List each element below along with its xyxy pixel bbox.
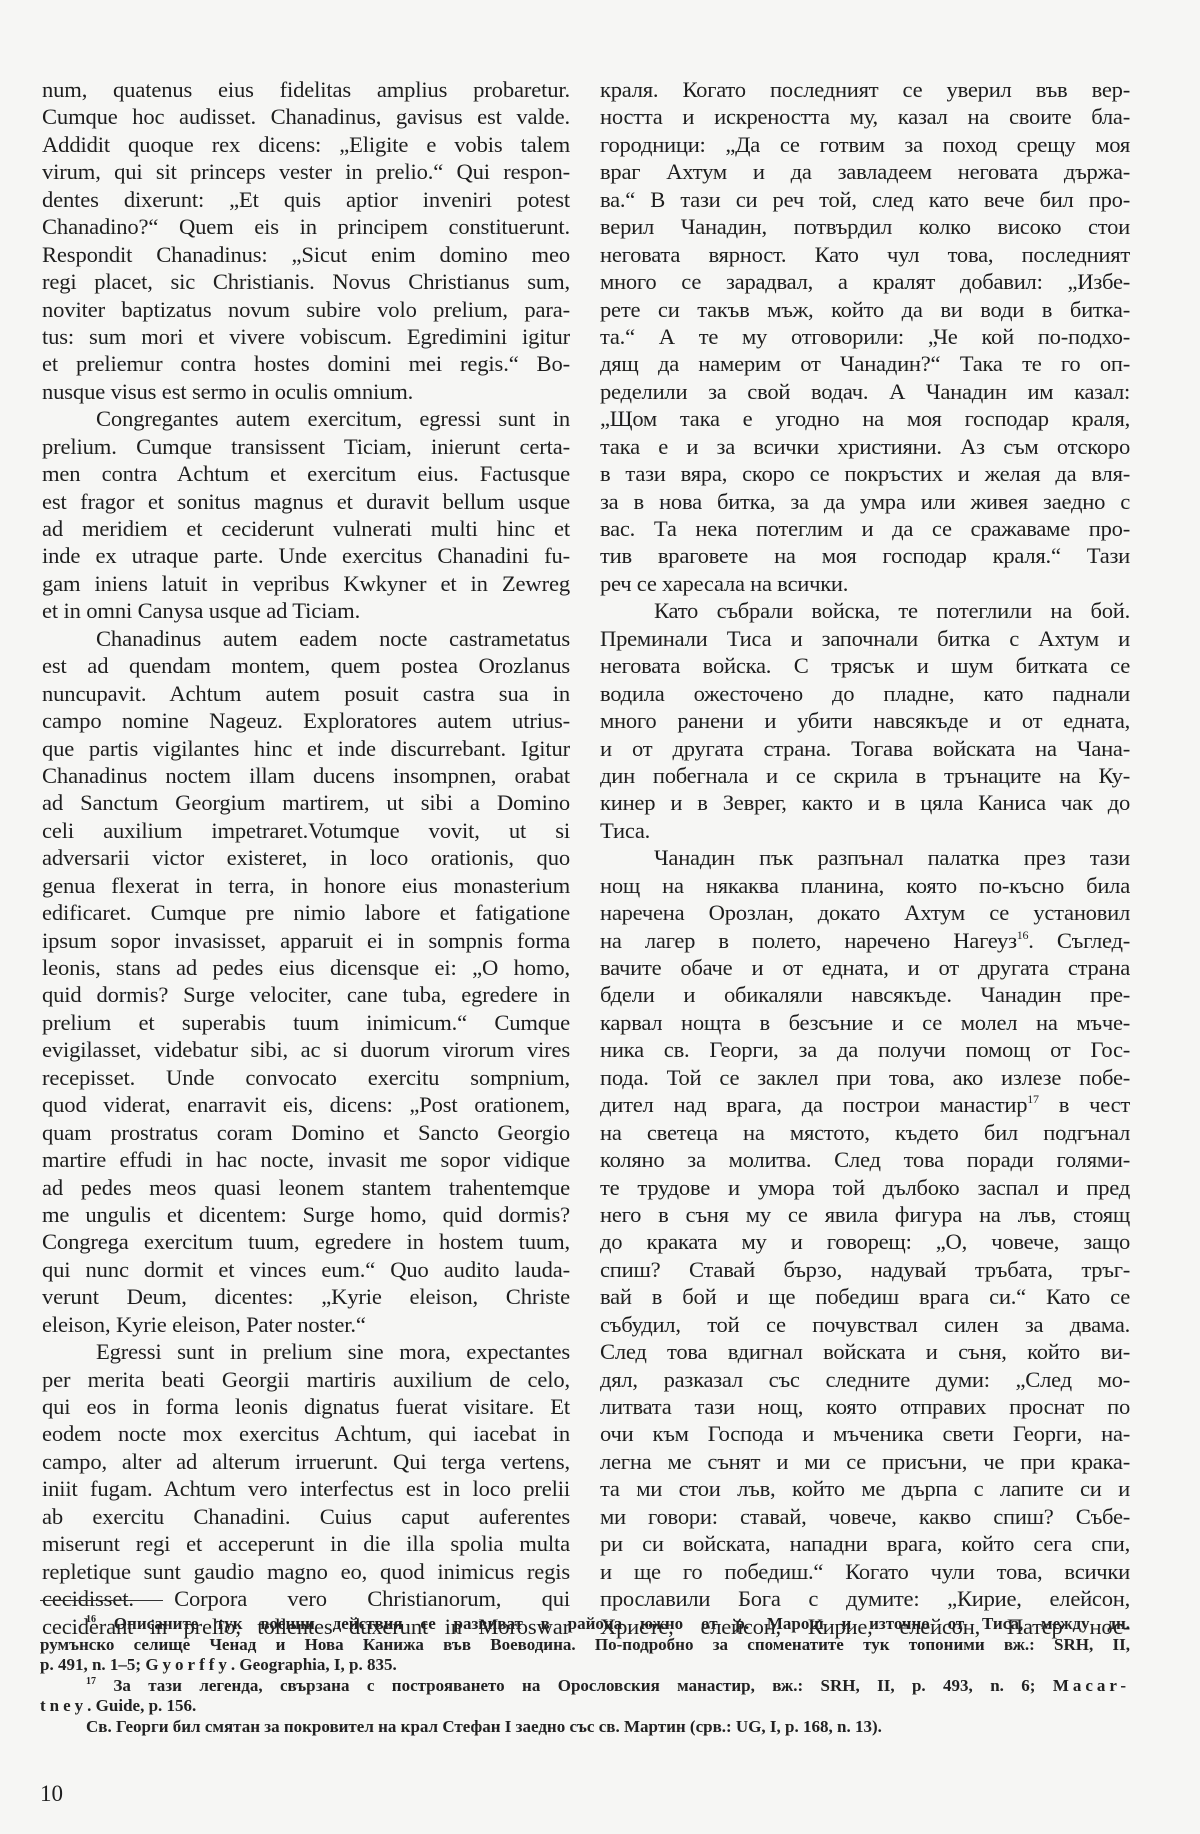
text-line: men contra Achtum et exercitum eius. Fac… (42, 460, 570, 487)
text-line: литвата тази нощ, която отправих проснат… (600, 1393, 1130, 1420)
text-line: prelium et superabis tuum inimicum.“ Cum… (42, 1009, 570, 1036)
footnote-separator-rule (40, 1600, 163, 1601)
text-line: Като събрали войска, те потеглили на бой… (600, 597, 1130, 624)
text-line: ab exercitu Chanadini. Cuius caput aufer… (42, 1503, 570, 1530)
text-line: noviter baptizatus novum subire volo pre… (42, 296, 570, 323)
text-line: gam iniens latuit in vepribus Kwkyner et… (42, 570, 570, 597)
text-line: genua flexerat in terra, in honore eius … (42, 872, 570, 899)
footnote-reference[interactable]: 16 (1017, 928, 1029, 942)
text-line: eleison, Kyrie eleison, Pater noster.“ (42, 1311, 570, 1338)
footnote-16-line-2: румънско селище Ченад и Нова Канижа във … (40, 1635, 1130, 1656)
text-line: celi auxilium impetraret.Votumque vovit,… (42, 817, 570, 844)
text-line: Chanadinus autem eadem nocte castrametat… (42, 625, 570, 652)
text-line: дител над врага, да построи манастир17 в… (600, 1091, 1130, 1118)
text-line: campo nomine Nageuz. Exploratores autem … (42, 707, 570, 734)
text-line: evigilasset, videbatur sibi, ac si duoru… (42, 1036, 570, 1063)
text-line: me ungulis et dicentem: Surge homo, quid… (42, 1201, 570, 1228)
text-line: et preliemur contra hostes domini mei re… (42, 350, 570, 377)
text-line: quid dormis? Surge velociter, cane tuba,… (42, 981, 570, 1008)
footnote-17-line-1: 17 За тази легенда, свързана с построява… (40, 1676, 1130, 1697)
text-line: eodem nocte mox exercitus Achtum, qui ia… (42, 1420, 570, 1447)
text-line: iniit fugam. Achtum vero interfectus est… (42, 1475, 570, 1502)
latin-text-column: num, quatenus eius fidelitas amplius pro… (42, 76, 570, 1640)
text-line: est fragor et sonitus magnus et duravit … (42, 488, 570, 515)
text-line: qui nunc dormit et vinces eum.“ Quo audi… (42, 1256, 570, 1283)
text-line: легна ме сънят и ми се присъни, че при к… (600, 1448, 1130, 1475)
bulgarian-text-column: краля. Когато последният се уверил във в… (600, 76, 1130, 1640)
text-line: на лагер в полето, наречено Нагеуз16. Съ… (600, 927, 1130, 954)
text-line: карвал нощта в безсъние и се молел на мъ… (600, 1009, 1130, 1036)
text-line: inde ex utraque parte. Unde exercitus Ch… (42, 542, 570, 569)
text-line: dentes dixerunt: „Et quis aptior invenir… (42, 186, 570, 213)
text-line: ника св. Георги, за да получи помощ от Г… (600, 1036, 1130, 1063)
text-line: quam prostratus coram Domino et Sancto G… (42, 1119, 570, 1146)
text-line: дял, разказал със следните думи: „След м… (600, 1366, 1130, 1393)
text-line: спиш? Ставай бързо, надувай тръбата, тръ… (600, 1256, 1130, 1283)
footnote-marker: 16 (86, 1614, 96, 1625)
text-line: Respondit Chanadinus: „Sicut enim domino… (42, 241, 570, 268)
footnote-16-line-1: 16 Описаните тук военни действия се разв… (40, 1614, 1130, 1635)
text-line: Addidit quoque rex dicens: „Eligite e vo… (42, 131, 570, 158)
text-line: на светеца на мястото, където бил подгън… (600, 1119, 1130, 1146)
text-line: ри си войската, нападни врага, който сег… (600, 1530, 1130, 1557)
footnote-marker: 17 (86, 1676, 96, 1687)
text-line: неговата вярност. Като чул това, последн… (600, 241, 1130, 268)
text-line: наречена Орозлан, докато Ахтум се устано… (600, 899, 1130, 926)
text-line: коляно за молитва. След това поради голя… (600, 1146, 1130, 1173)
text-line: за в нова битка, за да умра или живея за… (600, 488, 1130, 515)
text-line: est ad quendam montem, quem postea Orozl… (42, 652, 570, 679)
author-name: Gyorffy (145, 1655, 231, 1674)
text-line: Чанадин пък разпънал палатка през тази (600, 844, 1130, 871)
text-line: ipsum sopor invasisset, apparuit ei in s… (42, 927, 570, 954)
text-line: Chanadinus noctem illam ducens insompnen… (42, 762, 570, 789)
text-line: ми говори: ставай, човече, какво спиш? С… (600, 1503, 1130, 1530)
text-line: до краката му и говорещ: „О, човече, защ… (600, 1228, 1130, 1255)
text-line: те трудове и умора той дълбоко заспал и … (600, 1174, 1130, 1201)
text-line: quod viderat, enarravit eis, dicens: „Po… (42, 1091, 570, 1118)
text-line: nuncupavit. Achtum autem posuit castra s… (42, 680, 570, 707)
text-line: него в съня му се явила фигура на лъв, с… (600, 1201, 1130, 1228)
text-line: реч се харесала на всички. (600, 570, 1130, 597)
text-line: „Щом така е угодно на моя господар краля… (600, 405, 1130, 432)
text-line: кинер и в Зеврег, както и в цяла Каниса … (600, 789, 1130, 816)
text-line: нощ на някаква планина, която по-късно б… (600, 872, 1130, 899)
text-line: per merita beati Georgii martiris auxili… (42, 1366, 570, 1393)
text-line: prelium. Cumque transissent Ticiam, inie… (42, 433, 570, 460)
text-line: много ранени и убити навсякъде и от една… (600, 707, 1130, 734)
text-line: краля. Когато последният се уверил във в… (600, 76, 1130, 103)
text-line: Congrega exercitum tuum, egredere in hos… (42, 1228, 570, 1255)
text-line: събудил, той се почувствал силен за двам… (600, 1311, 1130, 1338)
text-line: дящ да намерим от Чанадин?“ Така те го о… (600, 350, 1130, 377)
text-line: repletique sunt gaudio magno eo, quod in… (42, 1558, 570, 1585)
text-line: и ще го победиш.“ Когато чули това, всич… (600, 1558, 1130, 1585)
text-line: верил Чанадин, потвърдил колко високо ст… (600, 213, 1130, 240)
footnote-17-line-2: tney. Guide, p. 156. (40, 1696, 1130, 1717)
footnote-reference[interactable]: 17 (1027, 1092, 1039, 1106)
text-line: вачите обаче и от едната, и от другата с… (600, 954, 1130, 981)
text-line: След това вдигнал войската и съня, който… (600, 1338, 1130, 1365)
text-line: que partis vigilantes hinc et inde discu… (42, 735, 570, 762)
footnote-16-line-3: p. 491, n. 1–5; Gyorffy. Geographia, I, … (40, 1655, 1130, 1676)
text-line: ad pedes meos quasi leonem stantem trahe… (42, 1174, 570, 1201)
text-line: et in omni Canysa usque ad Ticiam. (42, 597, 570, 624)
text-line: городници: „Да се готвим за поход срещу … (600, 131, 1130, 158)
text-line: verunt Deum, dicentes: „Kyrie eleison, C… (42, 1283, 570, 1310)
text-line: в тази вяра, скоро се покръстих и желая … (600, 460, 1130, 487)
text-line: Тиса. (600, 817, 1130, 844)
text-line: ността и искреността му, казал на своите… (600, 103, 1130, 130)
text-line: recepisset. Unde convocato exercitu somp… (42, 1064, 570, 1091)
text-line: Cumque hoc audisset. Chanadinus, gavisus… (42, 103, 570, 130)
text-line: nusque visus est sermo in oculis omnium. (42, 378, 570, 405)
text-line: qui eos in forma leonis dignatus fuerat … (42, 1393, 570, 1420)
text-line: ad meridiem et ceciderunt vulnerati mult… (42, 515, 570, 542)
text-line: пода. Той се заклел при това, ако излезе… (600, 1064, 1130, 1091)
text-line: бдели и обикаляли навсякъде. Чанадин пре… (600, 981, 1130, 1008)
text-line: неговата войска. С трясък и шум битката … (600, 652, 1130, 679)
text-line: много се зарадвал, а кралят добавил: „Из… (600, 268, 1130, 295)
text-line: num, quatenus eius fidelitas amplius pro… (42, 76, 570, 103)
text-line: рете си такъв мъж, който да ви води в би… (600, 296, 1130, 323)
text-line: regi placet, sic Christianis. Novus Chri… (42, 268, 570, 295)
text-line: водила ожесточено до пладне, като паднал… (600, 680, 1130, 707)
footnotes: 16 Описаните тук военни действия се разв… (40, 1614, 1130, 1737)
text-line: Egressi sunt in prelium sine mora, expec… (42, 1338, 570, 1365)
author-name: tney (40, 1696, 87, 1715)
text-line: campo, alter ad alterum irruerunt. Qui t… (42, 1448, 570, 1475)
text-line: Chanadino?“ Quem eis in principem consti… (42, 213, 570, 240)
text-line: ределили за свой водач. А Чанадин им каз… (600, 378, 1130, 405)
text-line: miserunt regi et acceperunt in die illa … (42, 1530, 570, 1557)
text-line: враг Ахтум и да завладеем неговата държа… (600, 158, 1130, 185)
text-line: и от другата страна. Тогава войската на … (600, 735, 1130, 762)
page-number: 10 (40, 1781, 63, 1807)
text-line: дин побегнала и се скрила в трънаците на… (600, 762, 1130, 789)
footnote-17-continuation: Св. Георги бил смятан за покровител на к… (40, 1717, 1130, 1738)
text-line: ва.“ В тази си реч той, след като вече б… (600, 186, 1130, 213)
text-line: tus: sum mori et vivere vobiscum. Egredi… (42, 323, 570, 350)
text-line: cecidisset. Corpora vero Christianorum, … (42, 1585, 570, 1612)
text-line: Congregantes autem exercitum, egressi su… (42, 405, 570, 432)
text-line: Преминали Тиса и започнали битка с Ахтум… (600, 625, 1130, 652)
text-line: martire effudi in hac nocte, invasit me … (42, 1146, 570, 1173)
text-line: очи към Господа и мъченика свети Георги,… (600, 1420, 1130, 1447)
text-line: virum, qui sit princeps vester in prelio… (42, 158, 570, 185)
text-line: вас. Та нека потеглим и да се сражаваме … (600, 515, 1130, 542)
text-line: та ми стои лъв, който ме дърпа с лапите … (600, 1475, 1130, 1502)
text-line: ad Sanctum Georgium martirem, ut sibi a … (42, 789, 570, 816)
text-line: leonis, stans ad pedes eius dicensque ei… (42, 954, 570, 981)
text-line: прославили Бога с думите: „Кирие, елейсо… (600, 1585, 1130, 1612)
author-name: Macar- (1053, 1676, 1130, 1695)
text-line: adversarii victor existeret, in loco ora… (42, 844, 570, 871)
text-line: та.“ А те му отговорили: „Че кой по-подх… (600, 323, 1130, 350)
text-line: edificaret. Cumque pre nimio labore et f… (42, 899, 570, 926)
text-line: тив враговете на моя господар краля.“ Та… (600, 542, 1130, 569)
text-line: така е и за всички християни. Аз съм отс… (600, 433, 1130, 460)
text-line: вай в бой и ще победиш врага си.“ Като с… (600, 1283, 1130, 1310)
